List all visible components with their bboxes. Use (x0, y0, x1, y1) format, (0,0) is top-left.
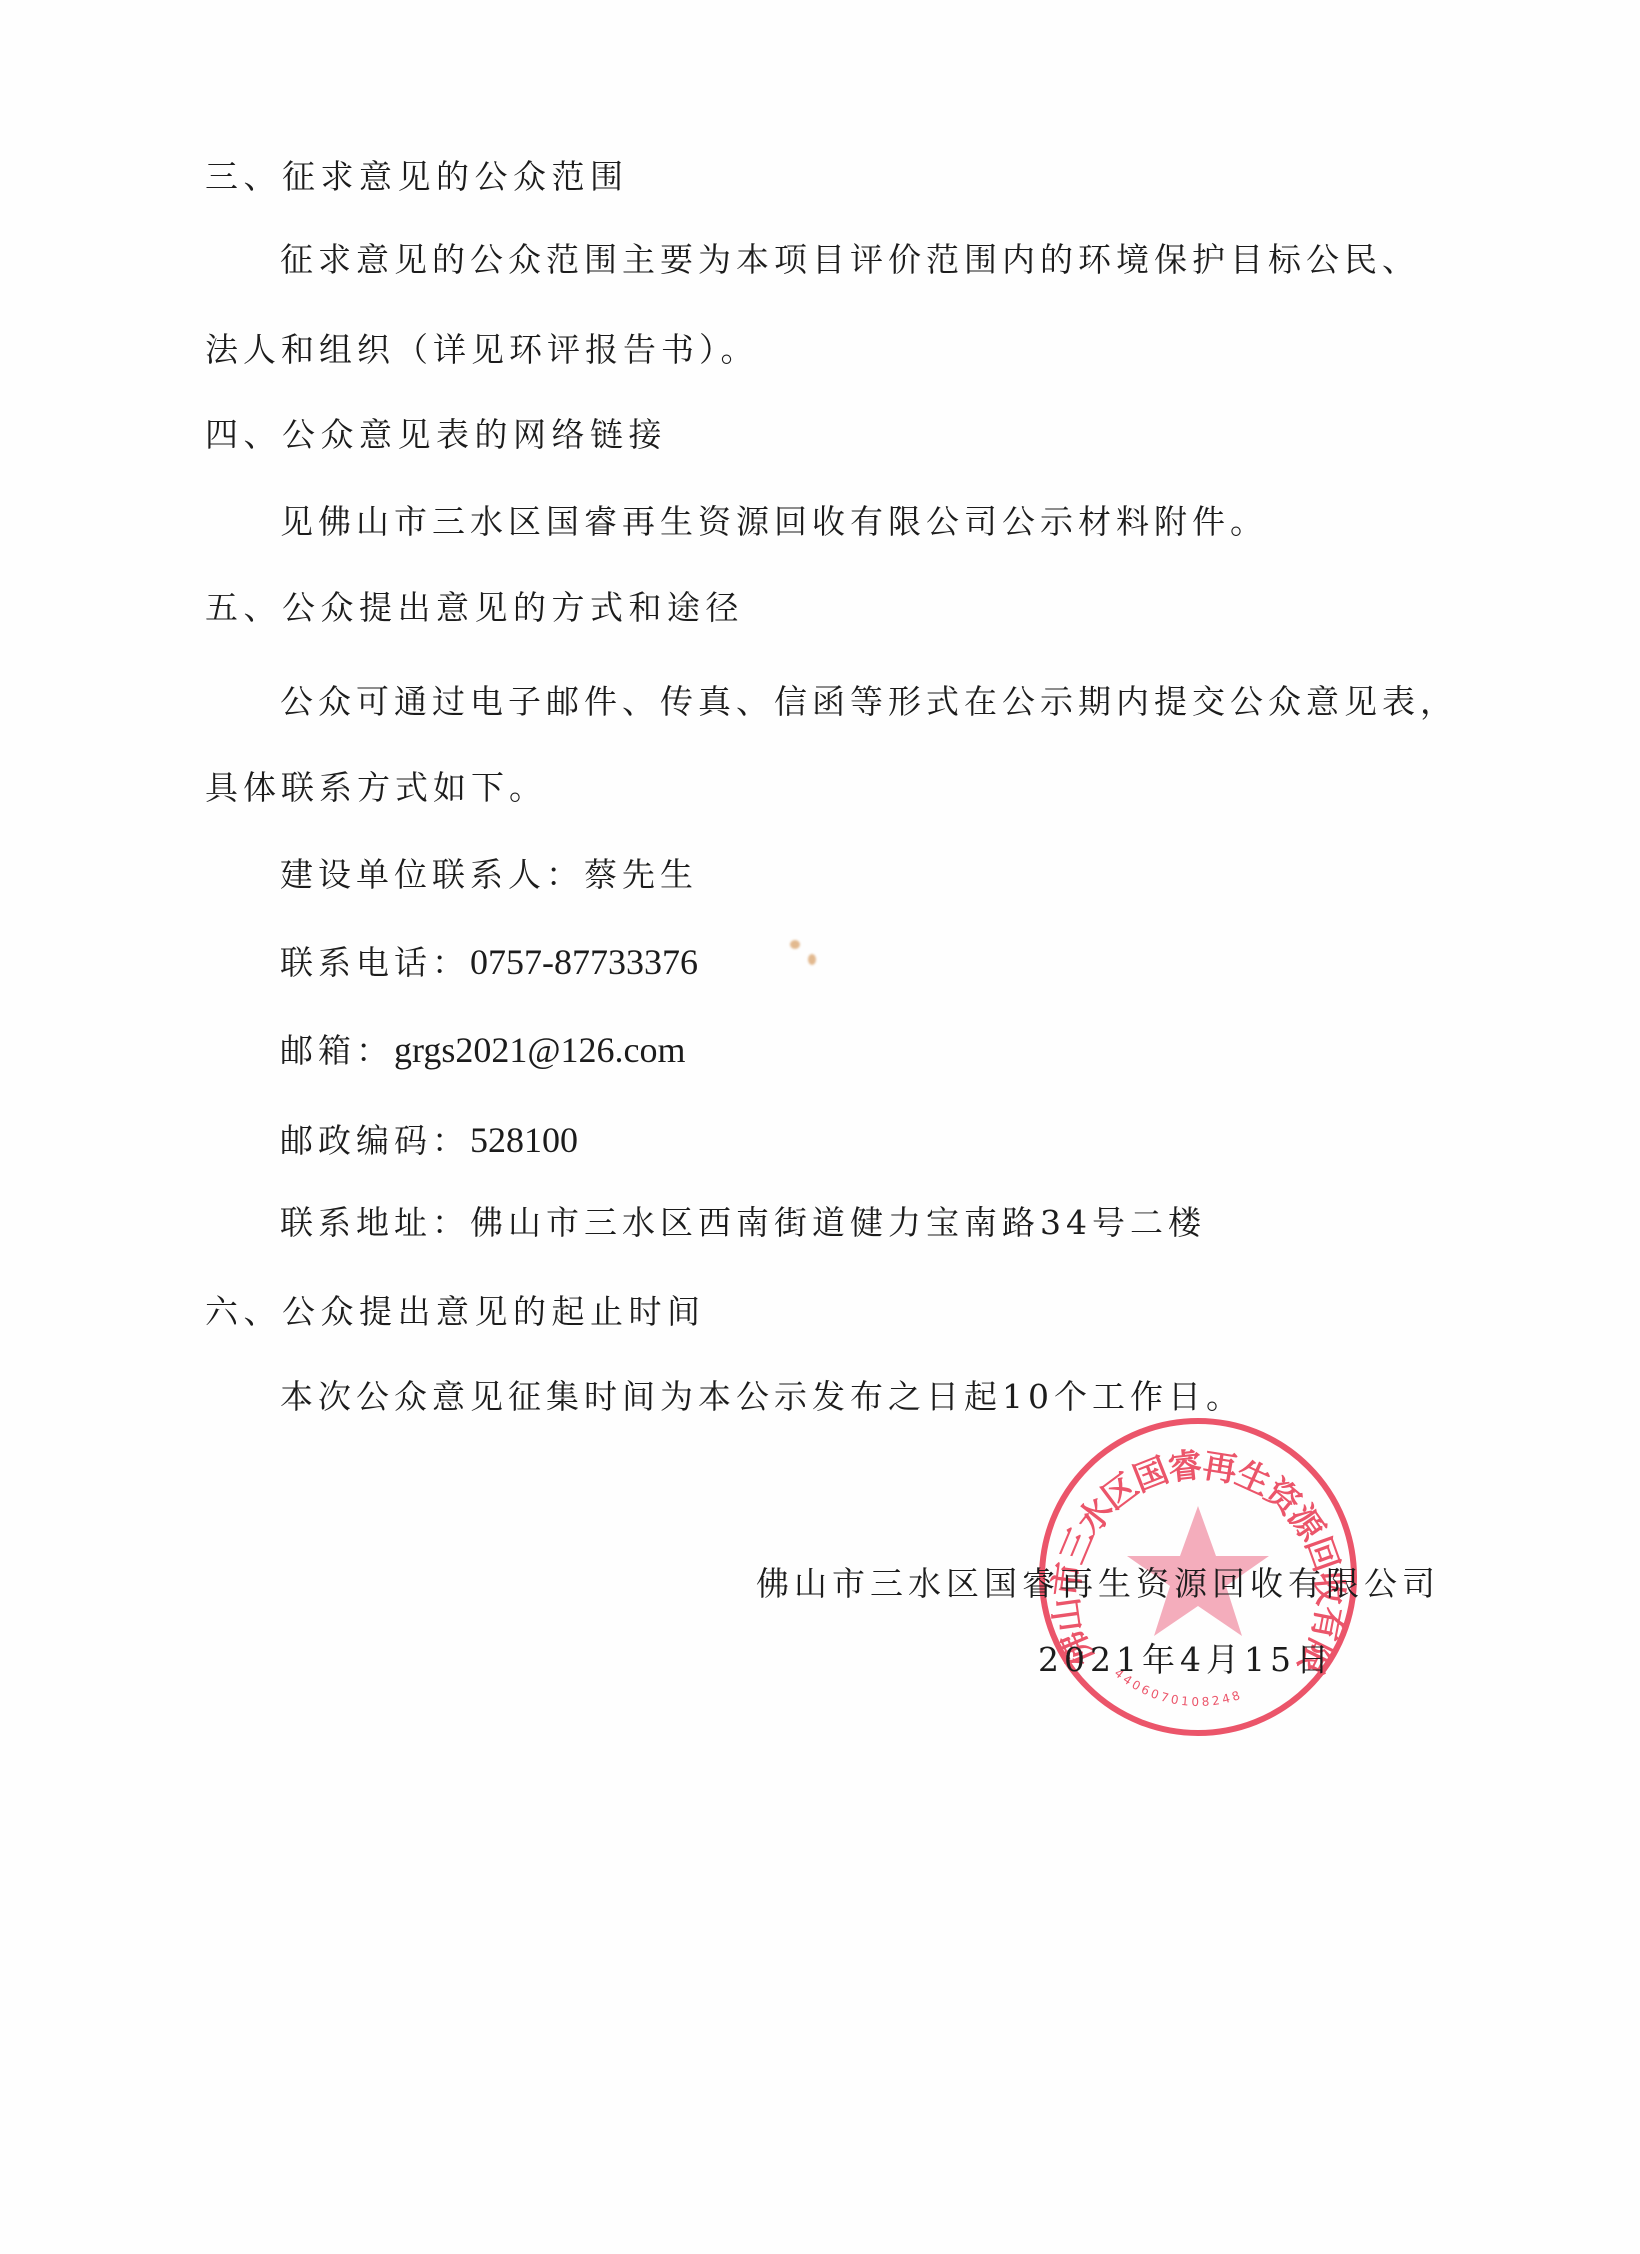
section-heading-4: 四、公众意见表的网络链接 (205, 413, 667, 457)
section-heading-6: 六、公众提出意见的起止时间 (205, 1290, 706, 1334)
postcode-value: 528100 (470, 1120, 578, 1160)
section-heading-5: 五、公众提出意见的方式和途径 (205, 586, 744, 630)
section-3-paragraph-line-2: 法人和组织（详见环评报告书）。 (205, 328, 759, 372)
phone-value: 0757-87733376 (470, 942, 698, 982)
scan-stain (790, 940, 800, 949)
scan-stain (808, 954, 816, 965)
contact-person-value: 蔡先生 (584, 855, 698, 894)
contact-person-label: 建设单位联系人： (280, 855, 584, 894)
section-3-paragraph-line-1: 征求意见的公众范围主要为本项目评价范围内的环境保护目标公民、 (280, 238, 1420, 282)
section-4-paragraph: 见佛山市三水区国睿再生资源回收有限公司公示材料附件。 (280, 500, 1268, 544)
postcode-label: 邮政编码： (280, 1121, 470, 1160)
section-5-paragraph-line-1: 公众可通过电子邮件、传真、信函等形式在公示期内提交公众意见表， (280, 680, 1458, 724)
email-value: grgs2021@126.com (394, 1030, 685, 1070)
section-6-paragraph: 本次公众意见征集时间为本公示发布之日起10个工作日。 (280, 1375, 1244, 1419)
email-label: 邮箱： (280, 1031, 394, 1070)
document-page: 三、征求意见的公众范围 征求意见的公众范围主要为本项目评价范围内的环境保护目标公… (0, 0, 1640, 2254)
section-heading-3: 三、征求意见的公众范围 (205, 155, 629, 199)
postcode-row: 邮政编码：528100 (280, 1118, 578, 1162)
email-row: 邮箱：grgs2021@126.com (280, 1028, 685, 1072)
signature-date: 2021年4月15日 (1038, 1638, 1334, 1682)
phone-row: 联系电话：0757-87733376 (280, 940, 698, 984)
signature-company: 佛山市三水区国睿再生资源回收有限公司 (756, 1562, 1440, 1606)
address-label: 联系地址： (280, 1203, 470, 1242)
address-value: 佛山市三水区西南街道健力宝南路34号二楼 (470, 1203, 1206, 1242)
address-row: 联系地址：佛山市三水区西南街道健力宝南路34号二楼 (280, 1201, 1206, 1245)
contact-person-row: 建设单位联系人：蔡先生 (280, 853, 698, 897)
phone-label: 联系电话： (280, 943, 470, 982)
section-5-paragraph-line-2: 具体联系方式如下。 (205, 766, 547, 810)
